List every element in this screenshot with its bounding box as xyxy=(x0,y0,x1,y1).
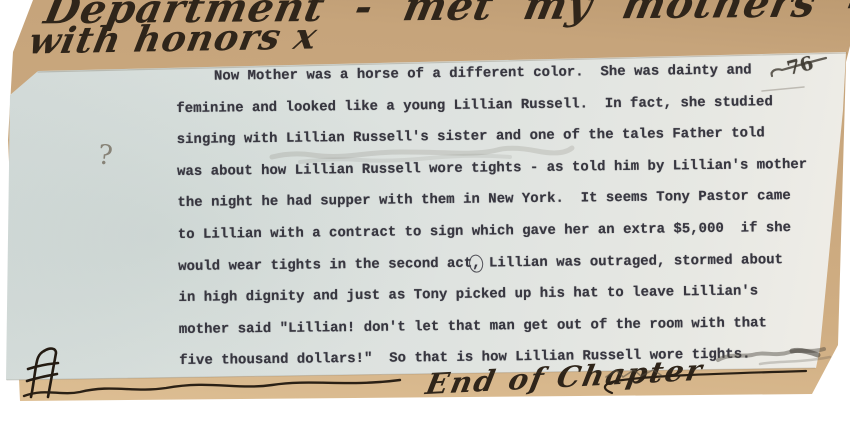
paper-edge-shadows xyxy=(7,53,846,380)
scanned-document: Now Mother was a horse of a different co… xyxy=(0,0,850,429)
erased-pencil-smudge xyxy=(272,148,572,162)
pencil-smudge-right xyxy=(718,349,830,364)
pencil-zigzag-scribble xyxy=(606,370,661,377)
ink-and-pencil-marks xyxy=(0,0,850,429)
left-underline-flourish xyxy=(24,380,400,396)
page-number-strikethrough xyxy=(772,58,826,76)
faint-underline-mark xyxy=(762,87,804,91)
right-underline-flourish xyxy=(605,371,806,393)
paragraph-hash-mark xyxy=(27,349,58,397)
